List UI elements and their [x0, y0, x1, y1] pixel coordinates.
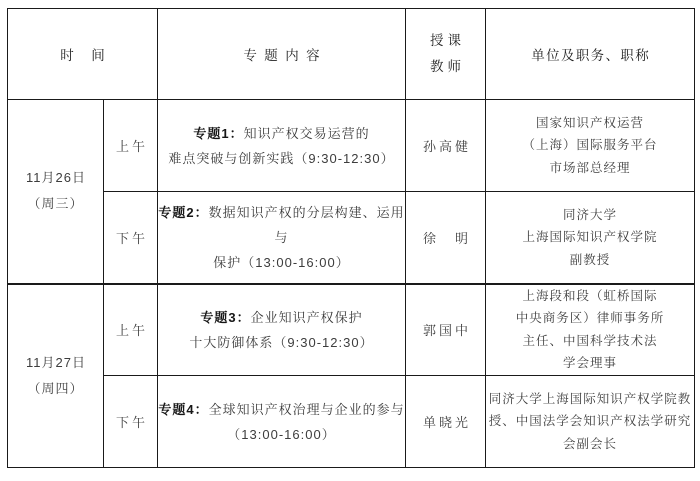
- period-cell: 下午: [104, 192, 158, 284]
- topic-cell: 专题1：知识产权交易运营的 难点突破与创新实践（9:30-12:30）: [158, 100, 406, 192]
- page: 时间 专题内容 授课 教师 单位及职务、职称 11月26日 （周三） 上午 专题…: [0, 0, 700, 481]
- topic-title-line: 专题4：全球知识产权治理与企业的参与: [158, 397, 405, 422]
- topic-text: 全球知识产权治理与企业的参与: [209, 402, 405, 417]
- topic-text-line2: 十大防御体系（9:30-12:30）: [158, 330, 405, 355]
- topic-title-line: 专题2：数据知识产权的分层构建、运用与: [158, 200, 405, 250]
- topic-cell: 专题4：全球知识产权治理与企业的参与 （13:00-16:00）: [158, 376, 406, 468]
- teacher-name: 徐 明: [420, 231, 471, 246]
- topic-text-line2: 保护（13:00-16:00）: [158, 250, 405, 275]
- topic-text: 企业知识产权保护: [251, 310, 363, 325]
- header-time-label: 时间: [43, 48, 123, 63]
- table-row: 下午 专题2：数据知识产权的分层构建、运用与 保护（13:00-16:00） 徐…: [8, 192, 695, 284]
- header-topic: 专题内容: [158, 9, 406, 100]
- date-label: 11月27日 （周四）: [25, 355, 86, 396]
- period-cell: 上午: [104, 284, 158, 376]
- schedule-table: 时间 专题内容 授课 教师 单位及职务、职称 11月26日 （周三） 上午 专题…: [7, 8, 695, 468]
- teacher-cell: 孙高健: [406, 100, 486, 192]
- unit-text: 上海段和段（虹桥国际 中央商务区）律师事务所 主任、中国科学技术法 学会理事: [516, 285, 665, 375]
- teacher-name: 郭国中: [420, 323, 471, 338]
- topic-cell: 专题3：企业知识产权保护 十大防御体系（9:30-12:30）: [158, 284, 406, 376]
- header-topic-label: 专题内容: [236, 48, 327, 63]
- period-label: 上午: [113, 139, 148, 154]
- date-cell: 11月26日 （周三）: [8, 100, 104, 284]
- table-row: 11月27日 （周四） 上午 专题3：企业知识产权保护 十大防御体系（9:30-…: [8, 284, 695, 376]
- period-label: 上午: [113, 323, 148, 338]
- unit-cell: 同济大学 上海国际知识产权学院 副教授: [486, 192, 695, 284]
- topic-text-line2: （13:00-16:00）: [158, 422, 405, 447]
- header-unit-label: 单位及职务、职称: [530, 48, 650, 63]
- period-cell: 下午: [104, 376, 158, 468]
- topic-title-line: 专题1：知识产权交易运营的: [158, 121, 405, 146]
- table-row: 11月26日 （周三） 上午 专题1：知识产权交易运营的 难点突破与创新实践（9…: [8, 100, 695, 192]
- unit-cell: 国家知识产权运营 （上海）国际服务平台 市场部总经理: [486, 100, 695, 192]
- topic-title-line: 专题3：企业知识产权保护: [158, 305, 405, 330]
- header-teacher-label: 授课 教师: [426, 28, 465, 80]
- teacher-cell: 单晓光: [406, 376, 486, 468]
- topic-text: 知识产权交易运营的: [244, 126, 370, 141]
- topic-prefix: 专题2：: [158, 205, 208, 220]
- header-unit: 单位及职务、职称: [486, 9, 695, 100]
- period-cell: 上午: [104, 100, 158, 192]
- header-time: 时间: [8, 9, 158, 100]
- unit-text: 国家知识产权运营 （上海）国际服务平台 市场部总经理: [522, 112, 657, 180]
- table-header-row: 时间 专题内容 授课 教师 单位及职务、职称: [8, 9, 695, 100]
- topic-cell: 专题2：数据知识产权的分层构建、运用与 保护（13:00-16:00）: [158, 192, 406, 284]
- topic-prefix: 专题4：: [158, 402, 208, 417]
- topic-prefix: 专题1：: [193, 126, 243, 141]
- unit-cell: 上海段和段（虹桥国际 中央商务区）律师事务所 主任、中国科学技术法 学会理事: [486, 284, 695, 376]
- topic-text: 数据知识产权的分层构建、运用与: [209, 205, 405, 245]
- period-label: 下午: [113, 415, 148, 430]
- period-label: 下午: [113, 231, 148, 246]
- teacher-name: 孙高健: [420, 139, 471, 154]
- topic-prefix: 专题3：: [200, 310, 250, 325]
- unit-cell: 同济大学上海国际知识产权学院教 授、中国法学会知识产权法学研究 会副会长: [486, 376, 695, 468]
- date-cell: 11月27日 （周四）: [8, 284, 104, 468]
- header-teacher: 授课 教师: [406, 9, 486, 100]
- teacher-cell: 郭国中: [406, 284, 486, 376]
- unit-text: 同济大学上海国际知识产权学院教 授、中国法学会知识产权法学研究 会副会长: [489, 388, 692, 456]
- teacher-name: 单晓光: [420, 415, 471, 430]
- date-label: 11月26日 （周三）: [25, 170, 86, 211]
- table-row: 下午 专题4：全球知识产权治理与企业的参与 （13:00-16:00） 单晓光 …: [8, 376, 695, 468]
- unit-text: 同济大学 上海国际知识产权学院 副教授: [522, 204, 657, 272]
- teacher-cell: 徐 明: [406, 192, 486, 284]
- topic-text-line2: 难点突破与创新实践（9:30-12:30）: [158, 146, 405, 171]
